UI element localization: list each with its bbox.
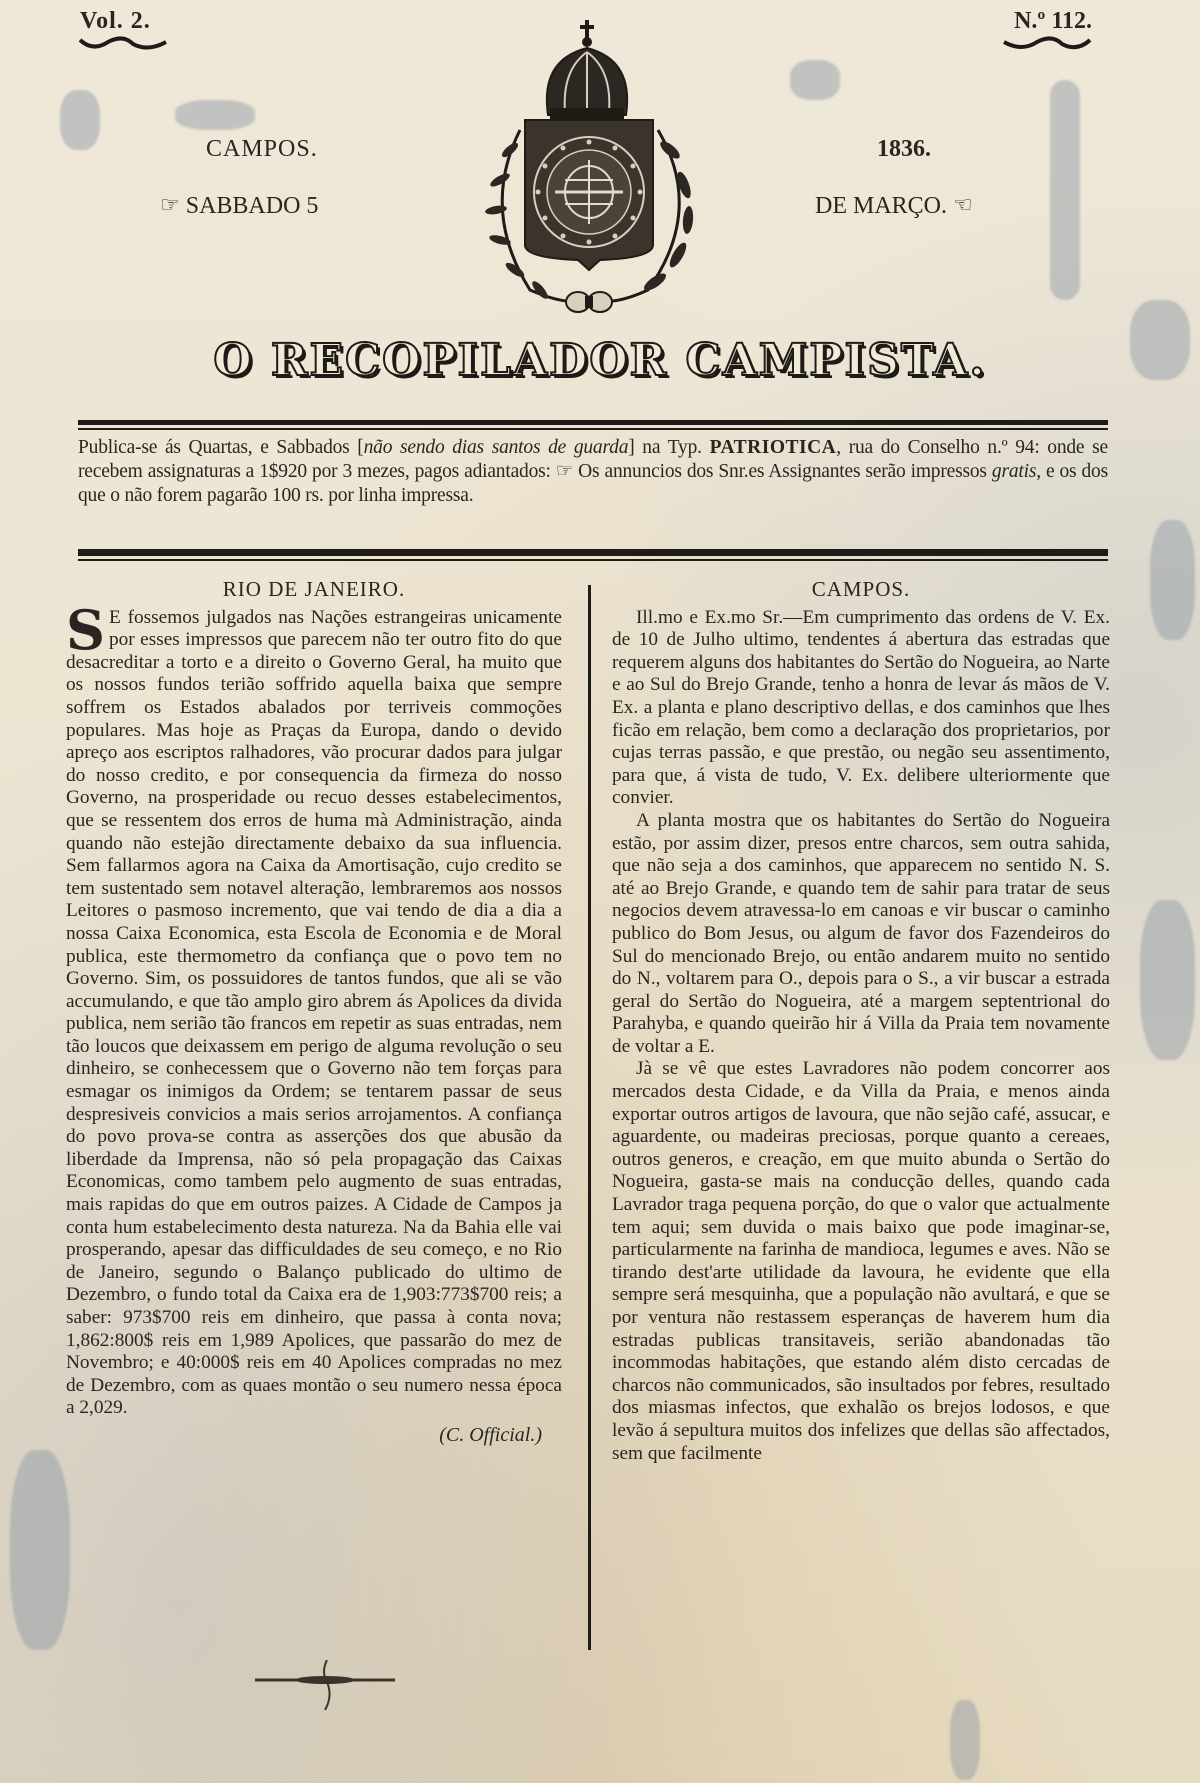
publication-notice: Publica-se ás Quartas, e Sabbados [não s… xyxy=(78,436,1108,508)
masthead-date-month: DE MARÇO. ☜ xyxy=(815,192,973,220)
issue-number: N.º 112. xyxy=(1014,8,1092,35)
article-heading: RIO DE JANEIRO. xyxy=(66,578,562,601)
water-stain xyxy=(950,1700,980,1780)
bottom-double-rule xyxy=(78,546,1108,561)
swash-ornament-right xyxy=(1002,34,1092,52)
article-rio-de-janeiro: RIO DE JANEIRO. SE fossemos julgados nas… xyxy=(66,578,562,1447)
article-paragraph: Jà se vê que estes Lavradores não podem … xyxy=(612,1058,1110,1465)
article-heading: CAMPOS. xyxy=(612,578,1110,601)
drop-cap: S xyxy=(66,609,105,651)
water-stain xyxy=(60,90,100,150)
water-stain xyxy=(1140,900,1195,1060)
column-divider xyxy=(588,585,591,1650)
top-double-rule xyxy=(78,420,1108,430)
pointing-hand-left-icon: ☜ xyxy=(953,192,973,217)
article-paragraph: Ill.mo e Ex.mo Sr.—Em cumprimento das or… xyxy=(612,607,1110,810)
imperial-coat-of-arms-icon xyxy=(470,20,720,320)
month-label: DE MARÇO. xyxy=(815,193,947,219)
volume-number: Vol. 2. xyxy=(80,8,151,35)
article-paragraph: A planta mostra que os habitantes do Ser… xyxy=(612,810,1110,1059)
masthead-city: CAMPOS. xyxy=(206,136,318,163)
swash-ornament-left xyxy=(78,34,168,52)
end-ornament-icon xyxy=(255,1660,395,1710)
masthead-year: 1836. xyxy=(877,136,931,163)
article-source: (C. Official.) xyxy=(66,1424,562,1447)
water-stain xyxy=(10,1450,70,1650)
water-stain xyxy=(175,100,255,130)
water-stain xyxy=(1150,520,1195,640)
masthead-date-day: ☞ SABBADO 5 xyxy=(160,192,318,220)
newspaper-page: Vol. 2. N.º 112. CAMPOS. 1836. ☞ SABBADO… xyxy=(0,0,1200,1783)
water-stain xyxy=(790,60,840,100)
water-stain xyxy=(1050,80,1080,300)
pointing-hand-right-icon: ☞ xyxy=(160,192,180,217)
newspaper-title: O RECOPILADOR CAMPISTA. xyxy=(0,335,1200,386)
weekday-label: SABBADO 5 xyxy=(186,193,319,219)
article-campos: CAMPOS. Ill.mo e Ex.mo Sr.—Em cumpriment… xyxy=(612,578,1110,1465)
article-body: SE fossemos julgados nas Nações estrange… xyxy=(66,607,562,1420)
